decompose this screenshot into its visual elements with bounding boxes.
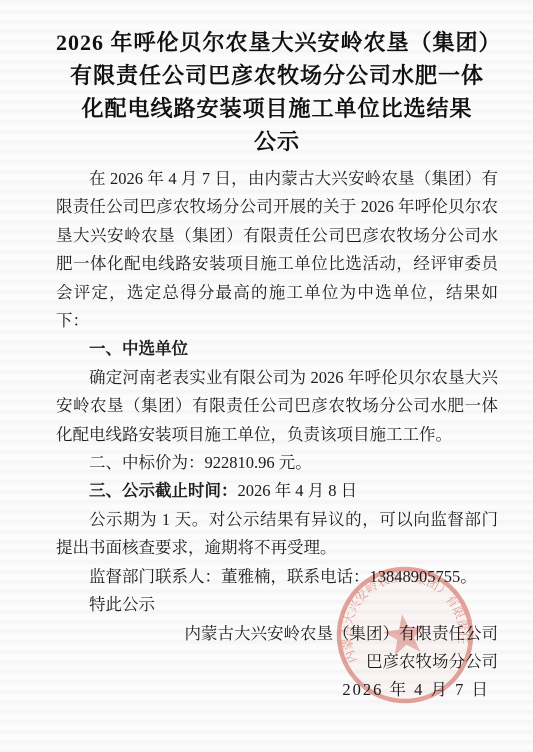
document-body: 2026 年呼伦贝尔农垦大兴安岭农垦（集团） 有限责任公司巴彦农牧场分公司水肥一…: [0, 0, 533, 752]
signature-branch: 巴彦农牧场分公司: [56, 648, 498, 676]
title-line-4: 公示: [56, 125, 498, 158]
section3-label: 三、公示截止时间：: [89, 481, 238, 500]
signature-date: 2026 年 4 月 7 日: [56, 676, 498, 704]
notice-period-paragraph: 公示期为 1 天。对公示结果有异议的，可以向监督部门提出书面核查要求，逾期将不再…: [56, 506, 498, 563]
intro-paragraph: 在 2026 年 4 月 7 日，由内蒙古大兴安岭农垦（集团）有限责任公司巴彦农…: [56, 165, 498, 335]
section3-value: 2026 年 4 月 8 日: [238, 481, 358, 500]
title-line-2: 有限责任公司巴彦农牧场分公司水肥一体: [56, 59, 498, 92]
scanned-announcement-page: 2026 年呼伦贝尔农垦大兴安岭农垦（集团） 有限责任公司巴彦农牧场分公司水肥一…: [0, 0, 533, 752]
signature-block: 内蒙古大兴安岭农垦（集团）有限责任公司 巴彦农牧场分公司 2026 年 4 月 …: [56, 620, 498, 705]
section1-paragraph: 确定河南老表实业有限公司为 2026 年呼伦贝尔农垦大兴安岭农垦（集团）有限责任…: [56, 364, 498, 449]
page-title: 2026 年呼伦贝尔农垦大兴安岭农垦（集团） 有限责任公司巴彦农牧场分公司水肥一…: [56, 26, 498, 158]
section3-line: 三、公示截止时间：2026 年 4 月 8 日: [56, 477, 498, 505]
supervisor-contact-line: 监督部门联系人：董雅楠，联系电话：13848905755。: [56, 563, 498, 591]
signature-company: 内蒙古大兴安岭农垦（集团）有限责任公司: [56, 620, 498, 648]
announcement-text: 在 2026 年 4 月 7 日，由内蒙古大兴安岭农垦（集团）有限责任公司巴彦农…: [56, 165, 498, 705]
title-line-3: 化配电线路安装项目施工单位比选结果: [56, 92, 498, 125]
closing-line: 特此公示: [56, 591, 498, 619]
section2-line: 二、中标价为：922810.96 元。: [56, 449, 498, 477]
title-line-1: 2026 年呼伦贝尔农垦大兴安岭农垦（集团）: [56, 26, 498, 59]
section1-heading: 一、中选单位: [56, 335, 498, 363]
